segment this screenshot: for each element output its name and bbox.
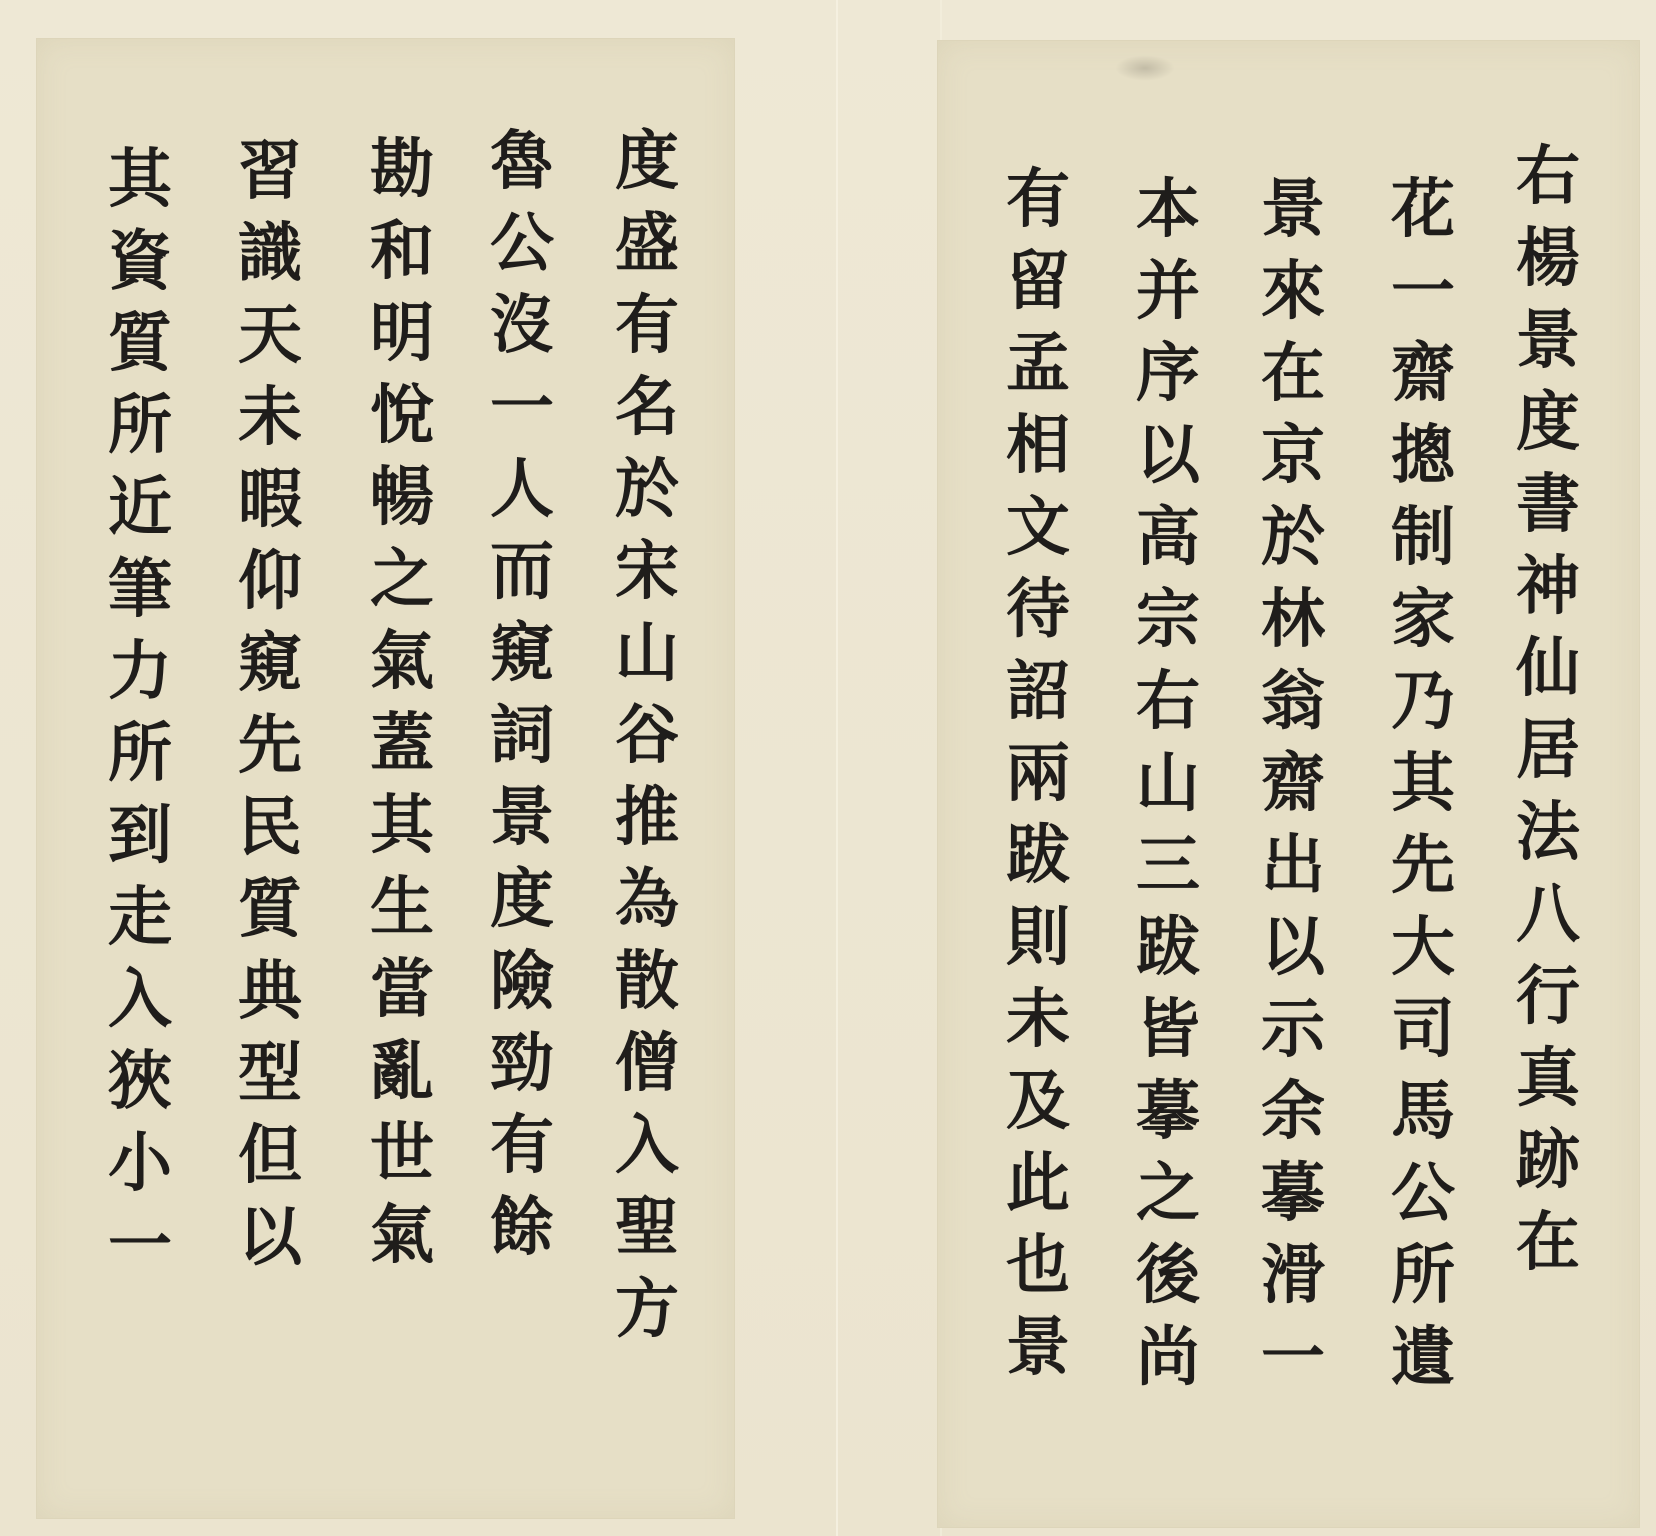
calligraphy-character: 未	[215, 377, 325, 459]
calligraphy-character: 制	[1368, 497, 1478, 579]
calligraphy-character: 谷	[592, 695, 702, 777]
calligraphy-character: 盛	[592, 203, 702, 285]
column-text: 習識天未暇仰窺先民質典型但以	[215, 131, 325, 1279]
calligraphy-character: 氣	[347, 621, 457, 703]
calligraphy-character: 入	[592, 1105, 702, 1187]
column-text: 有留孟相文待詔兩跋則未及此也景	[983, 159, 1093, 1389]
calligraphy-character: 孟	[983, 323, 1093, 405]
text-column: 景來在京於林翁齋出以示余摹滑一	[1238, 169, 1348, 1399]
calligraphy-character: 之	[347, 539, 457, 621]
calligraphy-character: 之	[1113, 1153, 1223, 1235]
calligraphy-character: 花	[1368, 169, 1478, 251]
calligraphy-character: 翁	[1238, 661, 1348, 743]
calligraphy-character: 資	[85, 221, 195, 303]
calligraphy-character: 到	[85, 795, 195, 877]
column-text: 右楊景度書神仙居法八行真跡在	[1493, 136, 1603, 1284]
calligraphy-character: 真	[1493, 1038, 1603, 1120]
column-text: 度盛有名於宋山谷推為散僧入聖方	[592, 121, 702, 1351]
text-column: 習識天未暇仰窺先民質典型但以	[215, 131, 325, 1279]
calligraphy-character: 窺	[467, 613, 577, 695]
calligraphy-character: 而	[467, 531, 577, 613]
calligraphy-character: 暇	[215, 459, 325, 541]
page-fold-seam	[836, 0, 838, 1536]
calligraphy-character: 跡	[1493, 1120, 1603, 1202]
text-column: 本并序以高宗右山三跋皆摹之後尚	[1113, 169, 1223, 1399]
calligraphy-character: 跋	[983, 815, 1093, 897]
calligraphy-character: 所	[85, 713, 195, 795]
calligraphy-character: 遺	[1368, 1317, 1478, 1399]
calligraphy-character: 方	[592, 1269, 702, 1351]
calligraphy-character: 民	[215, 787, 325, 869]
calligraphy-character: 推	[592, 777, 702, 859]
calligraphy-character: 人	[467, 449, 577, 531]
text-column: 度盛有名於宋山谷推為散僧入聖方	[592, 121, 702, 1351]
calligraphy-character: 齋	[1368, 333, 1478, 415]
left-calligraphy-leaf: 度盛有名於宋山谷推為散僧入聖方 魯公沒一人而窺詞景度險勁有餘 勘和明悅暢之氣蓋其…	[36, 38, 735, 1519]
calligraphy-character: 公	[1368, 1153, 1478, 1235]
calligraphy-character: 居	[1493, 710, 1603, 792]
calligraphy-character: 宋	[592, 531, 702, 613]
calligraphy-character: 險	[467, 941, 577, 1023]
calligraphy-character: 型	[215, 1033, 325, 1115]
column-text: 景來在京於林翁齋出以示余摹滑一	[1238, 169, 1348, 1399]
calligraphy-character: 餘	[467, 1187, 577, 1269]
calligraphy-character: 公	[467, 203, 577, 285]
calligraphy-character: 世	[347, 1113, 457, 1195]
calligraphy-character: 先	[1368, 825, 1478, 907]
calligraphy-character: 先	[215, 705, 325, 787]
text-column: 勘和明悅暢之氣蓋其生當亂世氣	[347, 129, 457, 1277]
calligraphy-character: 近	[85, 467, 195, 549]
calligraphy-character: 尚	[1113, 1317, 1223, 1399]
column-text: 花一齋摠制家乃其先大司馬公所遺	[1368, 169, 1478, 1399]
calligraphy-character: 有	[467, 1105, 577, 1187]
calligraphy-character: 僧	[592, 1023, 702, 1105]
calligraphy-character: 則	[983, 897, 1093, 979]
calligraphy-character: 一	[467, 367, 577, 449]
text-column: 魯公沒一人而窺詞景度險勁有餘	[467, 121, 577, 1269]
calligraphy-character: 摹	[1113, 1071, 1223, 1153]
calligraphy-character: 沒	[467, 285, 577, 367]
calligraphy-character: 度	[1493, 382, 1603, 464]
calligraphy-character: 以	[1238, 907, 1348, 989]
column-text: 本并序以高宗右山三跋皆摹之後尚	[1113, 169, 1223, 1399]
calligraphy-character: 入	[85, 959, 195, 1041]
calligraphy-character: 八	[1493, 874, 1603, 956]
calligraphy-character: 摠	[1368, 415, 1478, 497]
calligraphy-character: 神	[1493, 546, 1603, 628]
calligraphy-character: 此	[983, 1143, 1093, 1225]
text-column: 其資質所近筆力所到走入狹小一	[85, 139, 195, 1287]
calligraphy-character: 暢	[347, 457, 457, 539]
calligraphy-character: 當	[347, 949, 457, 1031]
calligraphy-character: 有	[983, 159, 1093, 241]
calligraphy-character: 悅	[347, 375, 457, 457]
calligraphy-character: 家	[1368, 579, 1478, 661]
calligraphy-character: 在	[1493, 1202, 1603, 1284]
calligraphy-character: 明	[347, 293, 457, 375]
calligraphy-character: 大	[1368, 907, 1478, 989]
calligraphy-character: 馬	[1368, 1071, 1478, 1153]
calligraphy-character: 乃	[1368, 661, 1478, 743]
calligraphy-character: 典	[215, 951, 325, 1033]
calligraphy-character: 出	[1238, 825, 1348, 907]
calligraphy-character: 及	[983, 1061, 1093, 1143]
calligraphy-character: 走	[85, 877, 195, 959]
calligraphy-character: 習	[215, 131, 325, 213]
calligraphy-character: 小	[85, 1123, 195, 1205]
calligraphy-character: 識	[215, 213, 325, 295]
calligraphy-character: 蓋	[347, 703, 457, 785]
calligraphy-character: 余	[1238, 1071, 1348, 1153]
calligraphy-character: 其	[85, 139, 195, 221]
calligraphy-character: 詔	[983, 651, 1093, 733]
calligraphy-character: 散	[592, 941, 702, 1023]
text-column: 花一齋摠制家乃其先大司馬公所遺	[1368, 169, 1478, 1399]
calligraphy-character: 一	[85, 1205, 195, 1287]
calligraphy-character: 示	[1238, 989, 1348, 1071]
calligraphy-character: 司	[1368, 989, 1478, 1071]
calligraphy-character: 景	[983, 1307, 1093, 1389]
calligraphy-character: 於	[592, 449, 702, 531]
calligraphy-character: 景	[467, 777, 577, 859]
calligraphy-character: 景	[1493, 300, 1603, 382]
calligraphy-character: 皆	[1113, 989, 1223, 1071]
calligraphy-character: 於	[1238, 497, 1348, 579]
calligraphy-character: 度	[592, 121, 702, 203]
calligraphy-character: 但	[215, 1115, 325, 1197]
calligraphy-character: 仰	[215, 541, 325, 623]
calligraphy-character: 序	[1113, 333, 1223, 415]
calligraphy-character: 以	[215, 1197, 325, 1279]
calligraphy-character: 文	[983, 487, 1093, 569]
calligraphy-character: 所	[85, 385, 195, 467]
calligraphy-character: 後	[1113, 1235, 1223, 1317]
calligraphy-character: 和	[347, 211, 457, 293]
calligraphy-character: 有	[592, 285, 702, 367]
calligraphy-character: 相	[983, 405, 1093, 487]
text-column: 右楊景度書神仙居法八行真跡在	[1493, 136, 1603, 1284]
calligraphy-character: 生	[347, 867, 457, 949]
calligraphy-character: 一	[1368, 251, 1478, 333]
calligraphy-character: 質	[215, 869, 325, 951]
calligraphy-character: 也	[983, 1225, 1093, 1307]
calligraphy-character: 窺	[215, 623, 325, 705]
calligraphy-character: 行	[1493, 956, 1603, 1038]
right-calligraphy-leaf: 右楊景度書神仙居法八行真跡在 花一齋摠制家乃其先大司馬公所遺 景來在京於林翁齋出…	[937, 40, 1640, 1528]
calligraphy-character: 書	[1493, 464, 1603, 546]
calligraphy-character: 為	[592, 859, 702, 941]
calligraphy-character: 仙	[1493, 628, 1603, 710]
calligraphy-character: 以	[1113, 415, 1223, 497]
calligraphy-character: 高	[1113, 497, 1223, 579]
calligraphy-character: 齋	[1238, 743, 1348, 825]
calligraphy-character: 景	[1238, 169, 1348, 251]
calligraphy-character: 待	[983, 569, 1093, 651]
calligraphy-character: 質	[85, 303, 195, 385]
calligraphy-character: 法	[1493, 792, 1603, 874]
calligraphy-character: 勘	[347, 129, 457, 211]
calligraphy-character: 其	[347, 785, 457, 867]
calligraphy-character: 留	[983, 241, 1093, 323]
calligraphy-character: 一	[1238, 1317, 1348, 1399]
calligraphy-character: 在	[1238, 333, 1348, 415]
calligraphy-character: 亂	[347, 1031, 457, 1113]
column-text: 勘和明悅暢之氣蓋其生當亂世氣	[347, 129, 457, 1277]
calligraphy-character: 兩	[983, 733, 1093, 815]
calligraphy-character: 右	[1493, 136, 1603, 218]
calligraphy-character: 度	[467, 859, 577, 941]
calligraphy-character: 未	[983, 979, 1093, 1061]
calligraphy-character: 并	[1113, 251, 1223, 333]
calligraphy-character: 宗	[1113, 579, 1223, 661]
column-text: 其資質所近筆力所到走入狹小一	[85, 139, 195, 1287]
calligraphy-character: 天	[215, 295, 325, 377]
calligraphy-character: 山	[1113, 743, 1223, 825]
ink-smudge	[1115, 55, 1175, 81]
column-text: 魯公沒一人而窺詞景度險勁有餘	[467, 121, 577, 1269]
calligraphy-character: 名	[592, 367, 702, 449]
calligraphy-character: 林	[1238, 579, 1348, 661]
calligraphy-character: 詞	[467, 695, 577, 777]
calligraphy-character: 滑	[1238, 1235, 1348, 1317]
calligraphy-character: 摹	[1238, 1153, 1348, 1235]
calligraphy-character: 魯	[467, 121, 577, 203]
calligraphy-character: 其	[1368, 743, 1478, 825]
calligraphy-character: 本	[1113, 169, 1223, 251]
calligraphy-character: 山	[592, 613, 702, 695]
calligraphy-character: 筆	[85, 549, 195, 631]
calligraphy-character: 跋	[1113, 907, 1223, 989]
calligraphy-character: 右	[1113, 661, 1223, 743]
calligraphy-character: 楊	[1493, 218, 1603, 300]
calligraphy-character: 氣	[347, 1195, 457, 1277]
calligraphy-character: 所	[1368, 1235, 1478, 1317]
calligraphy-character: 聖	[592, 1187, 702, 1269]
calligraphy-character: 狹	[85, 1041, 195, 1123]
calligraphy-character: 三	[1113, 825, 1223, 907]
calligraphy-character: 勁	[467, 1023, 577, 1105]
calligraphy-character: 京	[1238, 415, 1348, 497]
calligraphy-character: 力	[85, 631, 195, 713]
text-column: 有留孟相文待詔兩跋則未及此也景	[983, 159, 1093, 1389]
calligraphy-character: 來	[1238, 251, 1348, 333]
